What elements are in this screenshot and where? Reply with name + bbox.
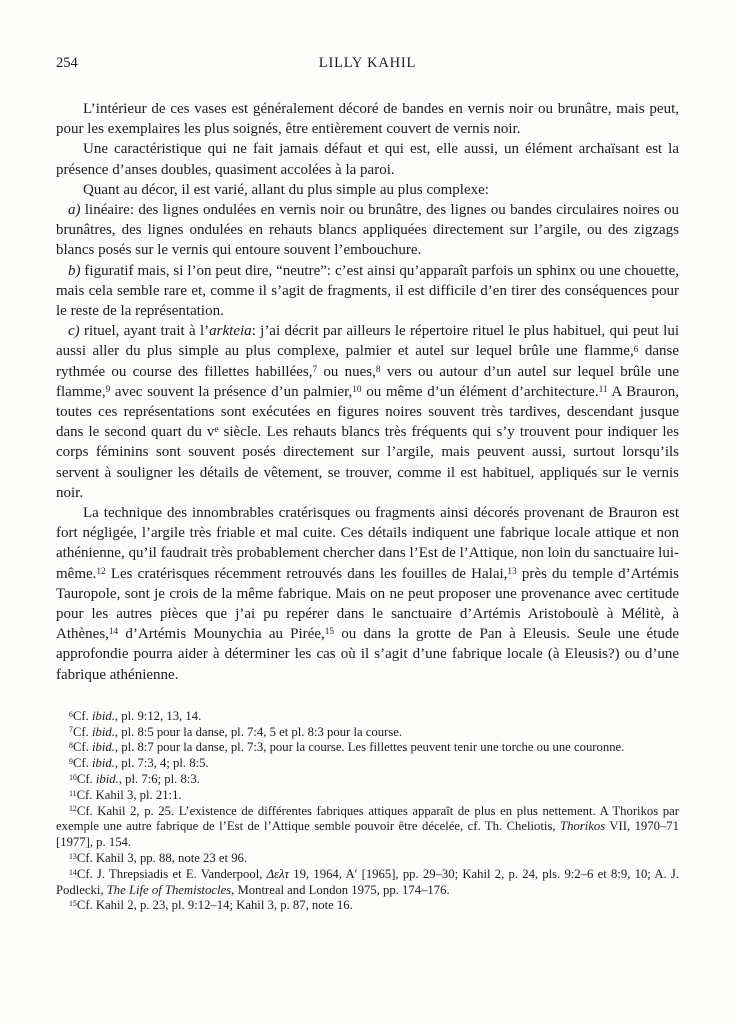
paragraph: Une caractéristique qui ne fait jamais d… <box>56 139 679 179</box>
footnote: 11Cf. Kahil 3, pl. 21:1. <box>56 788 679 804</box>
footnote: 12Cf. Kahil 2, p. 25. L’existence de dif… <box>56 804 679 851</box>
paragraph: Quant au décor, il est varié, allant du … <box>56 180 679 200</box>
paragraph: b) figuratif mais, si l’on peut dire, “n… <box>56 261 679 322</box>
footnote: 7Cf. ibid., pl. 8:5 pour la danse, pl. 7… <box>56 725 679 741</box>
running-header: 254 LILLY KAHIL <box>56 55 679 72</box>
paragraph: c) rituel, ayant trait à l’arkteia: j’ai… <box>56 321 679 503</box>
paragraph: L’intérieur de ces vases est généralemen… <box>56 99 679 139</box>
footnote: 8Cf. ibid., pl. 8:7 pour la danse, pl. 7… <box>56 740 679 756</box>
footnote: 6Cf. ibid., pl. 9:12, 13, 14. <box>56 709 679 725</box>
footnote: 9Cf. ibid., pl. 7:3, 4; pl. 8:5. <box>56 756 679 772</box>
footnote: 13Cf. Kahil 3, pp. 88, note 23 et 96. <box>56 851 679 867</box>
text-block: 254 LILLY KAHIL L’intérieur de ces vases… <box>56 55 679 914</box>
running-head: LILLY KAHIL <box>56 55 679 72</box>
footnote: 10Cf. ibid., pl. 7:6; pl. 8:3. <box>56 772 679 788</box>
paragraph: a) linéaire: des lignes ondulées en vern… <box>56 200 679 261</box>
footnote: 15Cf. Kahil 2, p. 23, pl. 9:12–14; Kahil… <box>56 898 679 914</box>
page: 254 LILLY KAHIL L’intérieur de ces vases… <box>0 0 738 1024</box>
footnote: 14Cf. J. Threpsiadis et E. Vanderpool, Δ… <box>56 867 679 899</box>
body-paragraphs: L’intérieur de ces vases est généralemen… <box>56 99 679 685</box>
footnotes: 6Cf. ibid., pl. 9:12, 13, 14.7Cf. ibid.,… <box>56 709 679 914</box>
paragraph: La technique des innombrables cratérisqu… <box>56 503 679 685</box>
